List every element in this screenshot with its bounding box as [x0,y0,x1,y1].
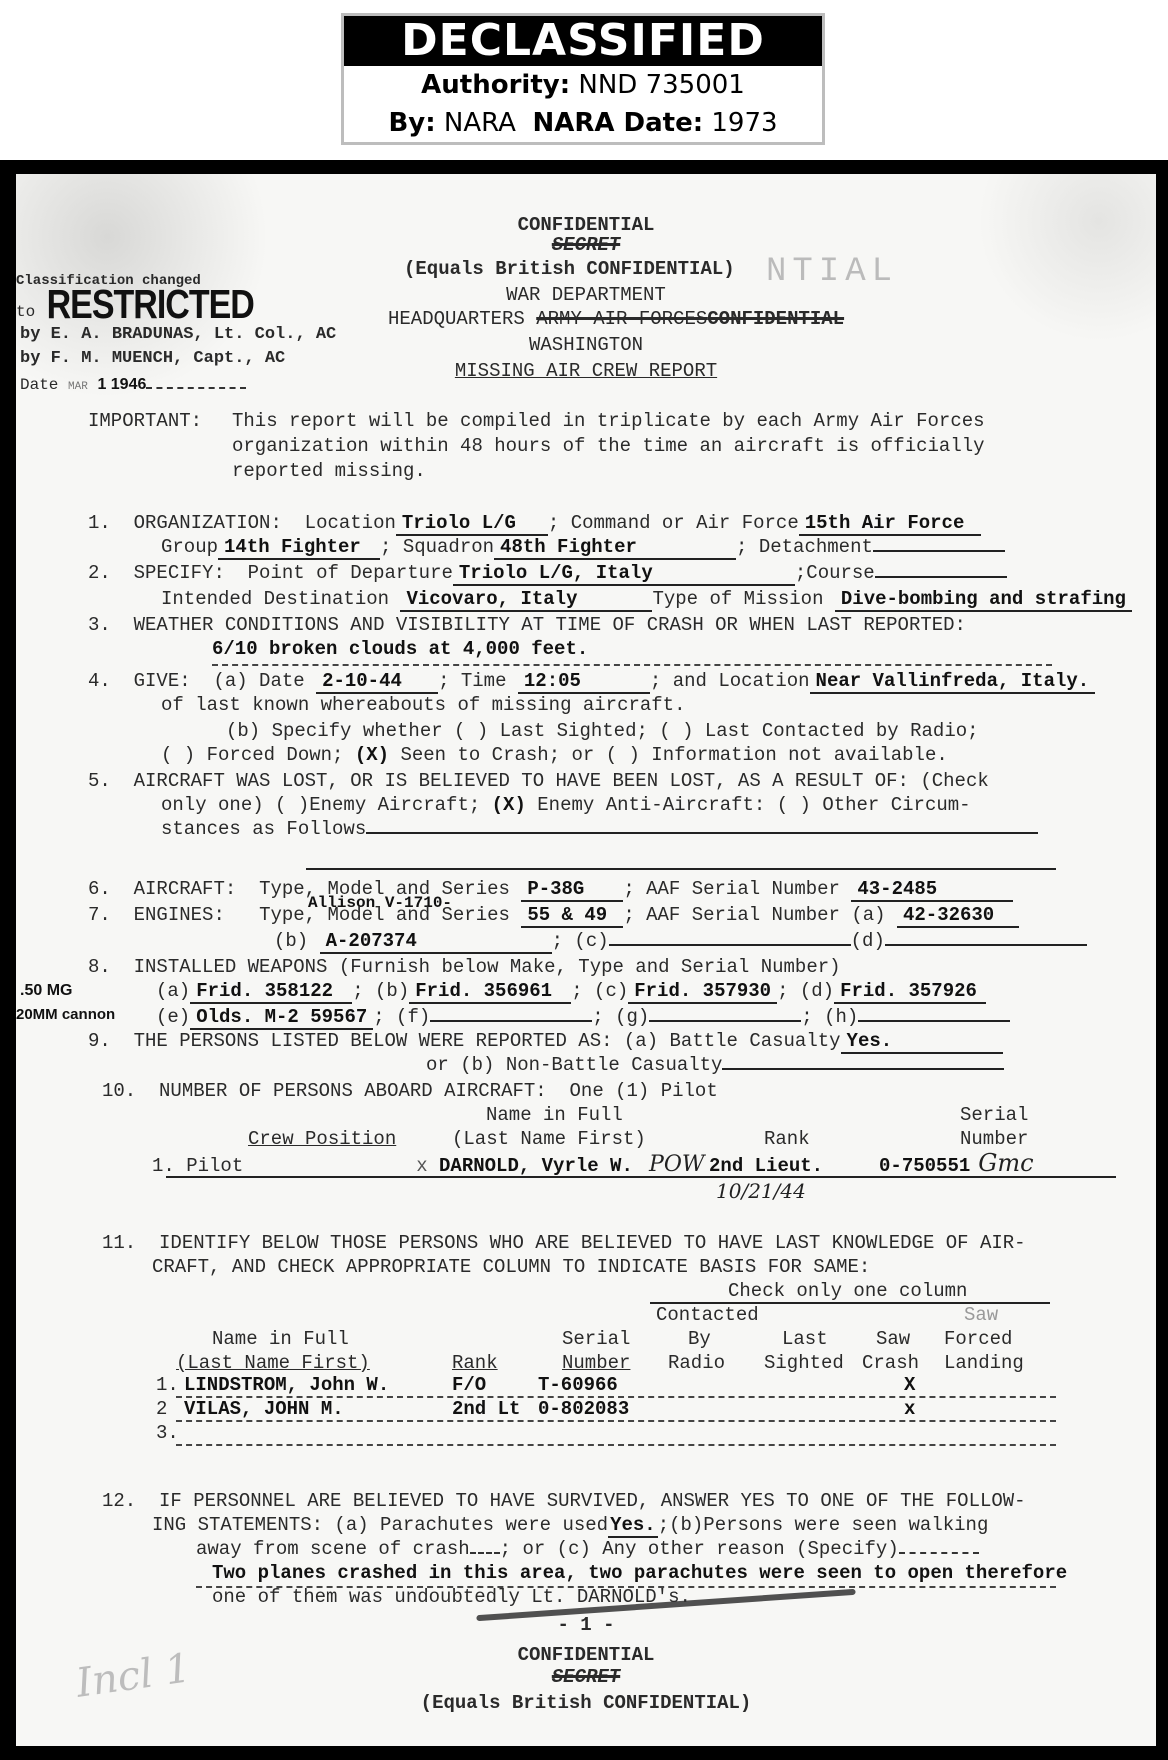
weapon-e-field[interactable]: Olds. M-2 59567 [190,1006,373,1030]
weapon-d-field[interactable]: Frid. 357926 [834,980,986,1004]
item-5-line-3: stances as Follows [161,818,1038,840]
header-hq: HEADQUARTERS ARMY AIR FORCESCONFIDENTIAL [388,308,844,330]
important-label: IMPORTANT: [88,410,202,432]
item-6: 6. AIRCRAFT: Type, Model and Series P-38… [88,878,1013,902]
col-serial-2: Number [562,1352,630,1374]
witness-num: 3. [156,1422,179,1444]
witness-rank[interactable]: F/O [452,1374,486,1396]
crew-col-name-2: (Last Name First) [452,1128,646,1150]
margin-cannon-note: 20MM cannon [16,1004,115,1026]
crew-col-name-1: Name in Full [486,1104,623,1126]
declassification-stamp: DECLASSIFIED Authority: NND 735001 By: N… [341,13,825,145]
item-12-line-3: away from scene of crash; or (c) Any oth… [196,1538,979,1560]
col-crash-1: Saw [876,1328,910,1350]
item-12-line-1: 12. IF PERSONNEL ARE BELIEVED TO HAVE SU… [102,1490,1026,1512]
weapon-g-field[interactable] [649,1020,801,1022]
engine-type-field[interactable]: 55 & 49 [521,904,623,928]
witness-row-line [176,1420,1056,1422]
page-number: - 1 - [16,1614,1156,1636]
weather-field[interactable]: 6/10 broken clouds at 4,000 feet. [212,638,588,660]
crew-col-rank: Rank [764,1128,810,1150]
col-crash-2: Crash [862,1352,919,1374]
squadron-field[interactable]: 48th Fighter [494,536,736,560]
crew-col-position: Crew Position [248,1128,396,1150]
item-9-line-1: 9. THE PERSONS LISTED BELOW WERE REPORTE… [88,1030,1003,1054]
item-1-line-1: 1. ORGANIZATION: LocationTriolo L/G; Com… [88,512,981,536]
item-4-b-line-1: (b) Specify whether ( ) Last Sighted; ( … [226,720,979,742]
parachutes-field[interactable]: Yes. [608,1514,658,1538]
item-11-line-1: 11. IDENTIFY BELOW THOSE PERSONS WHO ARE… [102,1232,1026,1254]
col-radio-1: By [688,1328,711,1350]
witness-rank[interactable]: 2nd Lt [452,1398,520,1420]
item-9-line-2: or (b) Non-Battle Casualty [426,1054,1004,1076]
item-10-label: 10. NUMBER OF PERSONS ABOARD AIRCRAFT: O… [102,1080,718,1102]
crew-row: 1. Pilotx DARNOLD, Vyrle W.POW2nd Lieut.… [152,1152,1034,1177]
walking-field[interactable] [470,1552,500,1554]
engine-serial-c-field[interactable] [609,944,851,946]
loss-time-field[interactable]: 12:05 [518,670,650,694]
col-forced-1: Forced [944,1328,1012,1350]
item-12-line-2: ING STATEMENTS: (a) Parachutes were used… [152,1514,988,1538]
crew-col-serial-2: Number [960,1128,1028,1150]
weapons-row-1: (a)Frid. 358122; (b)Frid. 356961; (c)Fri… [156,980,986,1004]
witness-num: 1. [156,1374,179,1396]
witness-row-line [176,1444,1056,1446]
witness-serial[interactable]: T-60966 [538,1374,618,1396]
persons-aboard-value: One (1) Pilot [570,1080,718,1102]
weather-underline [212,664,1052,666]
destination-field[interactable]: Vicovaro, Italy [400,588,652,612]
mission-field[interactable]: Dive-bombing and strafing [835,588,1132,612]
weapon-f-field[interactable] [430,1020,592,1022]
stamp-by: By: NARA NARA Date: 1973 [344,104,822,142]
col-sighted-1: Last [782,1328,828,1350]
course-field[interactable] [875,576,1007,578]
engine-serial-a-field[interactable]: 42-32630 [897,904,1019,928]
item-2-line-1: 2. SPECIFY: Point of DepartureTriolo L/G… [88,562,1007,586]
witness-num: 2 [156,1398,167,1420]
col-sighted-2: Sighted [764,1352,844,1374]
crew-position: Pilot [186,1155,416,1177]
stamp-authority: Authority: NND 735001 [344,66,822,104]
item-5-line-2: only one) ( )Enemy Aircraft; (X) Enemy A… [161,794,971,816]
item-7-line-1: 7. ENGINES: Type, Model and Series 55 & … [88,904,1019,928]
seen-to-crash-checkbox[interactable]: (X) [355,744,389,766]
restricted-stamp: RESTRICTED [47,292,254,318]
scanned-document: CONFIDENTIAL SECRET (Equals British CONF… [0,160,1168,1760]
witness-crash[interactable]: X [904,1374,915,1396]
command-field[interactable]: 15th Air Force [799,512,981,536]
footer-equals: (Equals British CONFIDENTIAL) [16,1692,1156,1714]
crew-col-serial-1: Serial [960,1104,1028,1126]
item-11-line-2: CRAFT, AND CHECK APPROPRIATE COLUMN TO I… [152,1256,870,1278]
loss-date-field[interactable]: 2-10-44 [316,670,438,694]
pow-annotation: POW [649,1154,709,1176]
witness-name[interactable]: LINDSTROM, John W. [184,1374,389,1396]
weapon-c-field[interactable]: Frid. 357930 [628,980,777,1004]
item-8-label: 8. INSTALLED WEAPONS (Furnish below Make… [88,956,841,978]
item-3-label: 3. WEATHER CONDITIONS AND VISIBILITY AT … [88,614,966,636]
col-name-1: Name in Full [212,1328,349,1350]
group-field[interactable]: 14th Fighter [218,536,380,560]
check-only-one-note: Check only one column [728,1280,967,1302]
col-radio-2: Radio [668,1352,725,1374]
witness-name[interactable]: VILAS, JOHN M. [184,1398,344,1420]
crew-name: DARNOLD, Vyrle W. [439,1155,649,1177]
non-battle-casualty-field[interactable] [722,1068,1004,1070]
weapon-b-field[interactable]: Frid. 356961 [409,980,571,1004]
weapons-row-2: (e)Olds. M-2 59567; (f); (g); (h) [156,1006,1010,1030]
margin-mg-note: .50 MG [20,980,72,1002]
weapon-a-field[interactable]: Frid. 358122 [190,980,352,1004]
stamp-title: DECLASSIFIED [344,16,822,66]
departure-field[interactable]: Triolo L/G, Italy [453,562,795,586]
battle-casualty-field[interactable]: Yes. [841,1030,1003,1054]
item-7-line-2: (b) A-207374; (c)(d) [274,930,1087,954]
crew-row-underline [166,1176,1116,1178]
crew-serial: 0-750551 [879,1155,970,1177]
col-serial-1: Serial [562,1328,630,1350]
header-classification: CONFIDENTIAL [16,214,1156,236]
item-2-line-2: Intended Destination Vicovaro, ItalyType… [161,588,1132,612]
important-line-1: This report will be compiled in triplica… [232,410,985,432]
aircraft-serial-field[interactable]: 43-2485 [851,878,1013,902]
engine-serial-d-field[interactable] [885,944,1087,946]
other-reason-line-1[interactable]: Two planes crashed in this area, two par… [212,1562,1067,1584]
col-rank: Rank [452,1352,498,1374]
header-equals: (Equals British CONFIDENTIAL) [404,258,735,280]
item-4-whereabouts: of last known whereabouts of missing air… [161,694,686,716]
report-page: CONFIDENTIAL SECRET (Equals British CONF… [16,174,1156,1746]
col-radio-0: Contacted [656,1304,759,1326]
important-line-2: organization within 48 hours of the time… [232,435,985,457]
important-line-3: reported missing. [232,460,426,482]
item-5-line-1: 5. AIRCRAFT WAS LOST, OR IS BELIEVED TO … [88,770,989,792]
item-4-b-line-2: ( ) Forced Down; (X) Seen to Crash; or (… [161,744,948,766]
item-4-line-1: 4. GIVE: (a) Date 2-10-44; Time 12:05; a… [88,670,1095,694]
witness-serial[interactable]: 0-802083 [538,1398,629,1420]
loss-location-field[interactable]: Near Vallinfreda, Italy. [810,670,1096,694]
crew-rank: 2nd Lieut. [709,1155,879,1177]
location-field[interactable]: Triolo L/G [396,512,548,536]
engine-serial-b-field[interactable]: A-207374 [320,930,552,954]
col-name-2: (Last Name First) [176,1352,370,1374]
detachment-field[interactable] [873,550,1005,552]
reclass-by-1: by E. A. BRADUNAS, Lt. Col., AC [20,324,336,346]
anti-aircraft-checkbox[interactable]: (X) [492,794,526,816]
pow-date-annotation: 10/21/44 [716,1180,806,1202]
item-1-line-2: Group14th Fighter; Squadron48th Fighter;… [161,536,1005,560]
weapon-h-field[interactable] [858,1020,1010,1022]
circumstances-field[interactable] [366,832,1038,834]
header-struck-secret: SECRET [16,234,1156,256]
reclass-to: to RESTRICTED [16,294,254,323]
reclass-date: Date MAR 1 1946 [20,374,246,398]
col-forced-0: Saw [964,1304,998,1326]
col-forced-2: Landing [944,1352,1024,1374]
reclass-by-2: by F. M. MUENCH, Capt., AC [20,348,285,370]
aircraft-type-field[interactable]: P-38G [521,878,623,902]
initials-annotation: Gmc [978,1149,1033,1177]
witness-crash[interactable]: x [904,1398,915,1420]
circumstances-line-2 [306,868,1056,870]
